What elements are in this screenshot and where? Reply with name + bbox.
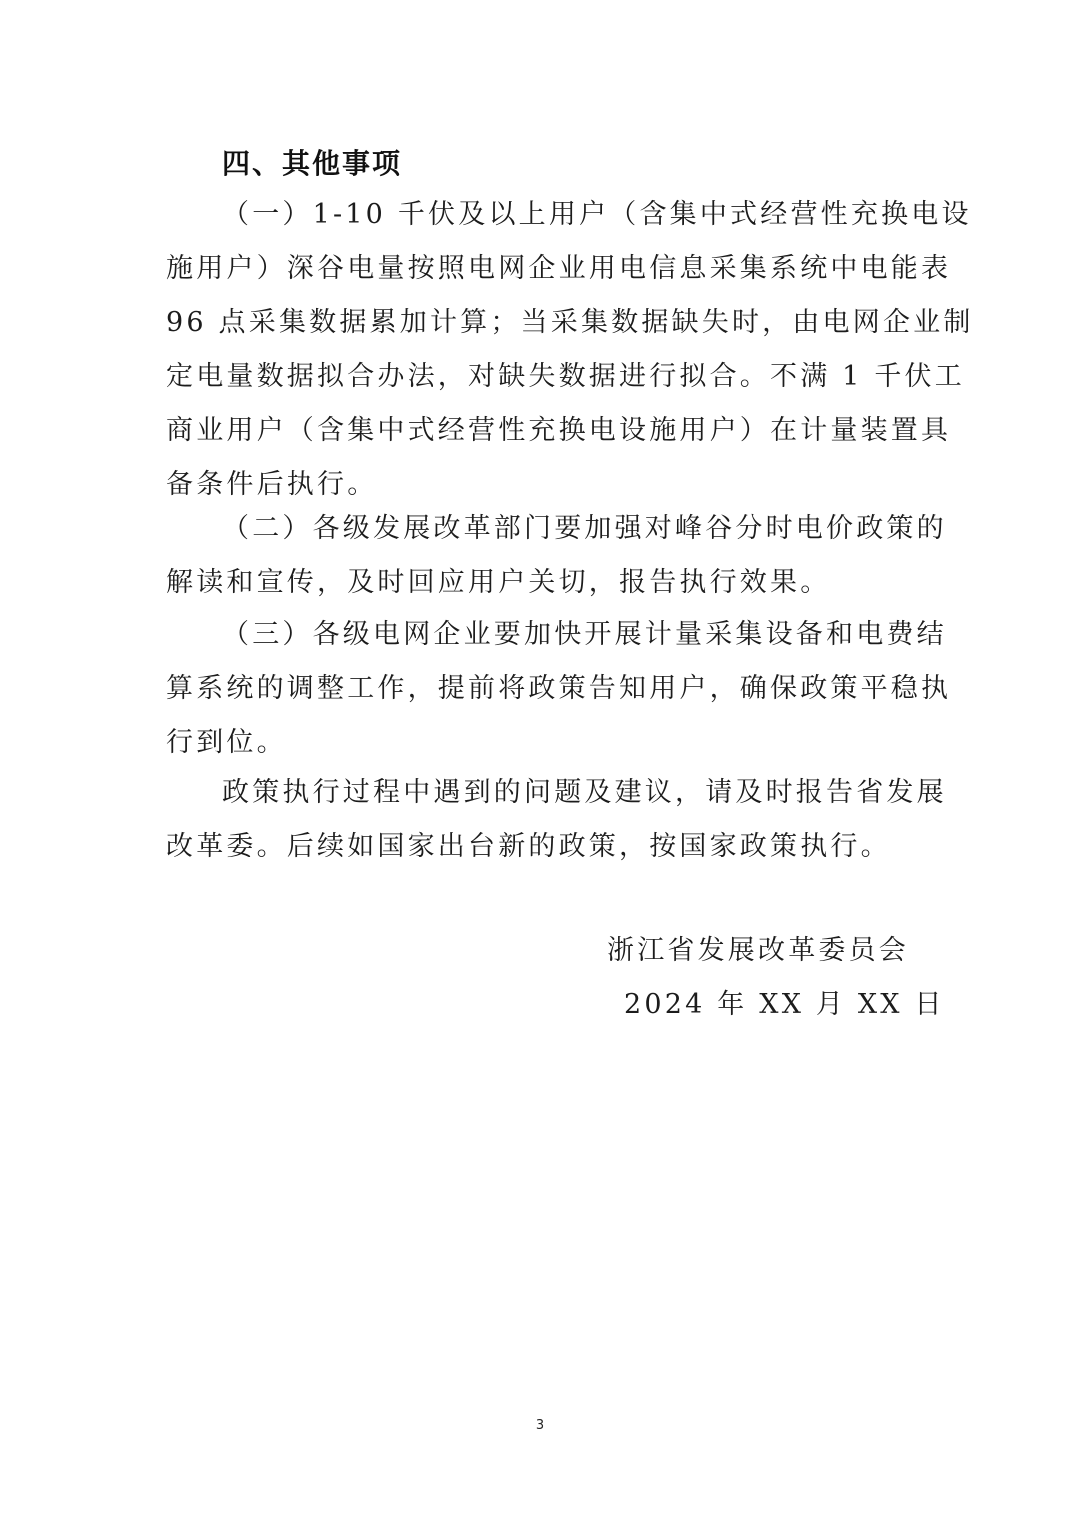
paragraph-line: 解读和宣传，及时回应用户关切，报告执行效果。	[166, 556, 926, 610]
paragraph-line: 行到位。	[166, 716, 926, 770]
document-page: 四、其他事项 （一）1-10 千伏及以上用户（含集中式经营性充换电设 施用户）深…	[0, 0, 1080, 1528]
paragraph-line: （一）1-10 千伏及以上用户（含集中式经营性充换电设	[166, 188, 926, 242]
paragraph-item-1: （一）1-10 千伏及以上用户（含集中式经营性充换电设 施用户）深谷电量按照电网…	[166, 188, 926, 512]
paragraph-line: 定电量数据拟合办法，对缺失数据进行拟合。不满 1 千伏工	[166, 350, 926, 404]
signature-date: 2024 年 XX 月 XX 日	[624, 982, 944, 1021]
paragraph-line: 商业用户（含集中式经营性充换电设施用户）在计量装置具	[166, 404, 926, 458]
page-number: 3	[0, 1418, 1080, 1433]
section-heading: 四、其他事项	[222, 140, 402, 188]
paragraph-line: （三）各级电网企业要加快开展计量采集设备和电费结	[166, 608, 926, 662]
paragraph-item-2: （二）各级发展改革部门要加强对峰谷分时电价政策的 解读和宣传，及时回应用户关切，…	[166, 502, 926, 610]
paragraph-line: 政策执行过程中遇到的问题及建议，请及时报告省发展	[166, 766, 926, 820]
paragraph-line: 改革委。后续如国家出台新的政策，按国家政策执行。	[166, 820, 926, 874]
paragraph-line: 96 点采集数据累加计算；当采集数据缺失时，由电网企业制	[166, 296, 926, 350]
paragraph-line: 算系统的调整工作，提前将政策告知用户，确保政策平稳执	[166, 662, 926, 716]
paragraph-closing: 政策执行过程中遇到的问题及建议，请及时报告省发展 改革委。后续如国家出台新的政策…	[166, 766, 926, 874]
paragraph-line: 施用户）深谷电量按照电网企业用电信息采集系统中电能表	[166, 242, 926, 296]
signature-organization: 浙江省发展改革委员会	[607, 928, 927, 967]
paragraph-item-3: （三）各级电网企业要加快开展计量采集设备和电费结 算系统的调整工作，提前将政策告…	[166, 608, 926, 770]
paragraph-line: （二）各级发展改革部门要加强对峰谷分时电价政策的	[166, 502, 926, 556]
